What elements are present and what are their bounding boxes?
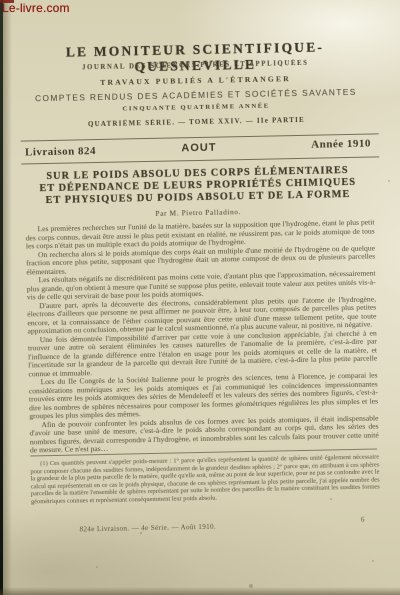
article-body: Les premières recherches sur l'unité de … xyxy=(25,218,379,454)
issue-annee: Année 1910 xyxy=(311,138,371,151)
scanned-journal-page: LE MONITEUR SCIENTIFIQUE-QUESNEVILLE JOU… xyxy=(0,0,400,595)
footer-signature-mark: 6 xyxy=(361,516,365,524)
page-bottom-edge-shadow xyxy=(0,587,400,595)
watermark-text: Le-livre.com xyxy=(2,1,70,15)
footer-issue-line: 824e Livraison. — 4e Série. — Août 1910. xyxy=(80,523,217,534)
page-content: LE MONITEUR SCIENTIFIQUE-QUESNEVILLE JOU… xyxy=(0,0,400,595)
page-footer: 824e Livraison. — 4e Série. — Août 1910.… xyxy=(32,520,365,539)
footnote-text: (1) Ces quantités peuvent s'appeler poid… xyxy=(30,453,380,506)
journal-line-serie: QUATRIÈME SÉRIE. — TOME XXIV. — IIe PART… xyxy=(16,114,376,129)
journal-title: LE MONITEUR SCIENTIFIQUE-QUESNEVILLE xyxy=(5,38,386,78)
page-spine-shadow xyxy=(3,0,12,595)
